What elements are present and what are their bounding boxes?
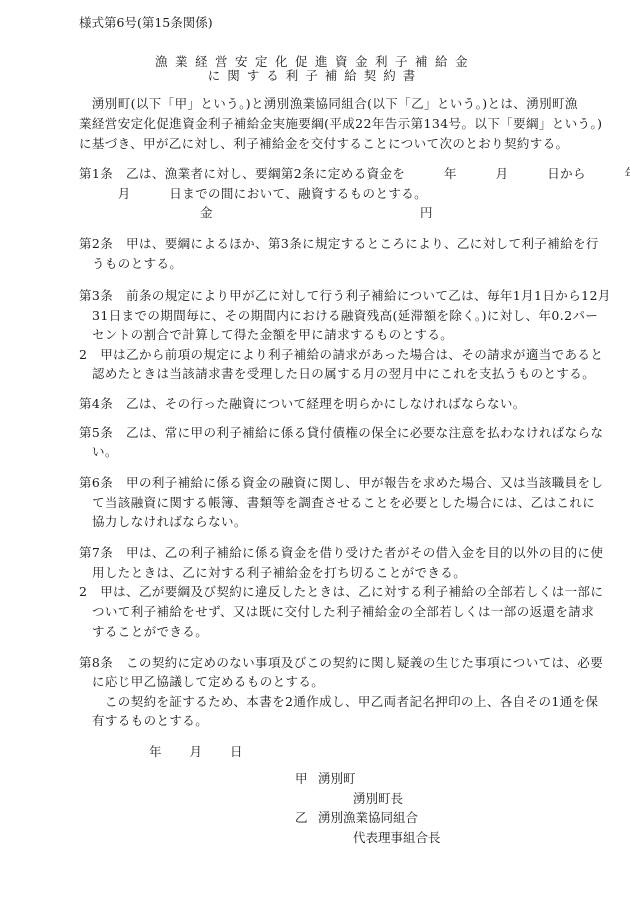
article-line: て当該融資に関する帳簿、書類等を調査させることを必要とした場合には、乙はこれに bbox=[92, 495, 595, 511]
clause-line: ついて利子補給をせず、又は既に交付した利子補給金の全部若しくは一部の返還を請求 bbox=[92, 604, 594, 620]
preamble-line: 業経営安定化促進資金利子補給金実施要綱(平成22年告示第134号。以下「要綱」と… bbox=[79, 116, 602, 132]
party-a-name: 湧別町 bbox=[318, 771, 356, 787]
amount-unit: 円 bbox=[420, 205, 433, 221]
document-title-line2: に関する利子補給契約書 bbox=[0, 68, 630, 84]
closing-line: この契約を証するため、本書を2通作成し、甲乙両者記名押印の上、各自その1通を保 bbox=[92, 694, 598, 710]
form-number: 様式第6号(第15条関係) bbox=[79, 15, 213, 31]
closing-line: 有するものとする。 bbox=[92, 713, 208, 729]
article-line: セントの割合で計算して得た金額を甲に請求するものとする。 bbox=[92, 327, 453, 343]
article-line: 31日までの期間毎に、その期間内における融資残高(延滞額を除く。)に対し、年0.… bbox=[92, 308, 598, 324]
party-b-label: 乙 bbox=[295, 810, 308, 826]
article-line: 第7条 甲は、乙の利子補給に係る資金を借り受けた者がその借入金を目的以外の目的に… bbox=[79, 545, 603, 561]
article-line: 第4条 乙は、その行った融資について経理を明らかにしなければならない。 bbox=[79, 396, 526, 412]
party-b-name: 湧別漁業協同組合 bbox=[318, 810, 418, 826]
date-line: 年 月 日 bbox=[149, 744, 244, 760]
article-line: 第2条 甲は、要綱によるほか、第3条に規定するところにより、乙に対して利子補給を… bbox=[79, 236, 599, 252]
article-line: 月 日までの間において、融資するものとする。 bbox=[79, 186, 427, 202]
article-line: 用したときは、乙に対する利子補給金を打ち切ることができる。 bbox=[92, 565, 466, 581]
article-line: 第6条 甲の利子補給に係る資金の融資に関し、甲が報告を求めた場合、又は当該職員を… bbox=[79, 475, 603, 491]
article-line: 第3条 前条の規定により甲が乙に対して行う利子補給について乙は、毎年1月1日から… bbox=[79, 288, 611, 304]
article-line: 第1条 乙は、漁業者に対し、要綱第2条に定める資金を 年 月 日から 年 bbox=[79, 166, 630, 182]
clause-line: 2 甲は乙から前項の規定により利子補給の請求があった場合は、その請求が適当である… bbox=[79, 347, 603, 363]
article-line: うものとする。 bbox=[92, 256, 182, 272]
clause-line: 2 甲は、乙が要綱及び契約に違反したときは、乙に対する利子補給の全部若しくは一部… bbox=[79, 584, 603, 600]
clause-line: 認めたときは当該請求書を受理した日の属する月の翌月中にこれを支払うものとする。 bbox=[92, 366, 595, 382]
preamble-line: に基づき、甲が乙に対し、利子補給金を交付することについて次のとおり契約する。 bbox=[79, 136, 568, 152]
amount-label: 金 bbox=[200, 205, 213, 221]
party-a-label: 甲 bbox=[295, 771, 308, 787]
article-line: に応じ甲乙協議して定めるものとする。 bbox=[92, 674, 324, 690]
party-a-title: 湧別町長 bbox=[353, 791, 403, 807]
preamble-line: 湧別町(以下「甲」という。)と湧別漁業協同組合(以下「乙」という。)とは、湧別町… bbox=[79, 96, 578, 112]
article-line: い。 bbox=[92, 444, 118, 460]
article-line: 第8条 この契約に定めのない事項及びこの契約に関し疑義の生じた事項については、必… bbox=[79, 655, 603, 671]
article-line: 協力しなければならない。 bbox=[92, 514, 247, 530]
clause-line: することができる。 bbox=[92, 624, 208, 640]
article-line: 第5条 乙は、常に甲の利子補給に係る貸付債権の保全に必要な注意を払わなければなら… bbox=[79, 425, 603, 441]
party-b-title: 代表理事組合長 bbox=[353, 830, 441, 846]
